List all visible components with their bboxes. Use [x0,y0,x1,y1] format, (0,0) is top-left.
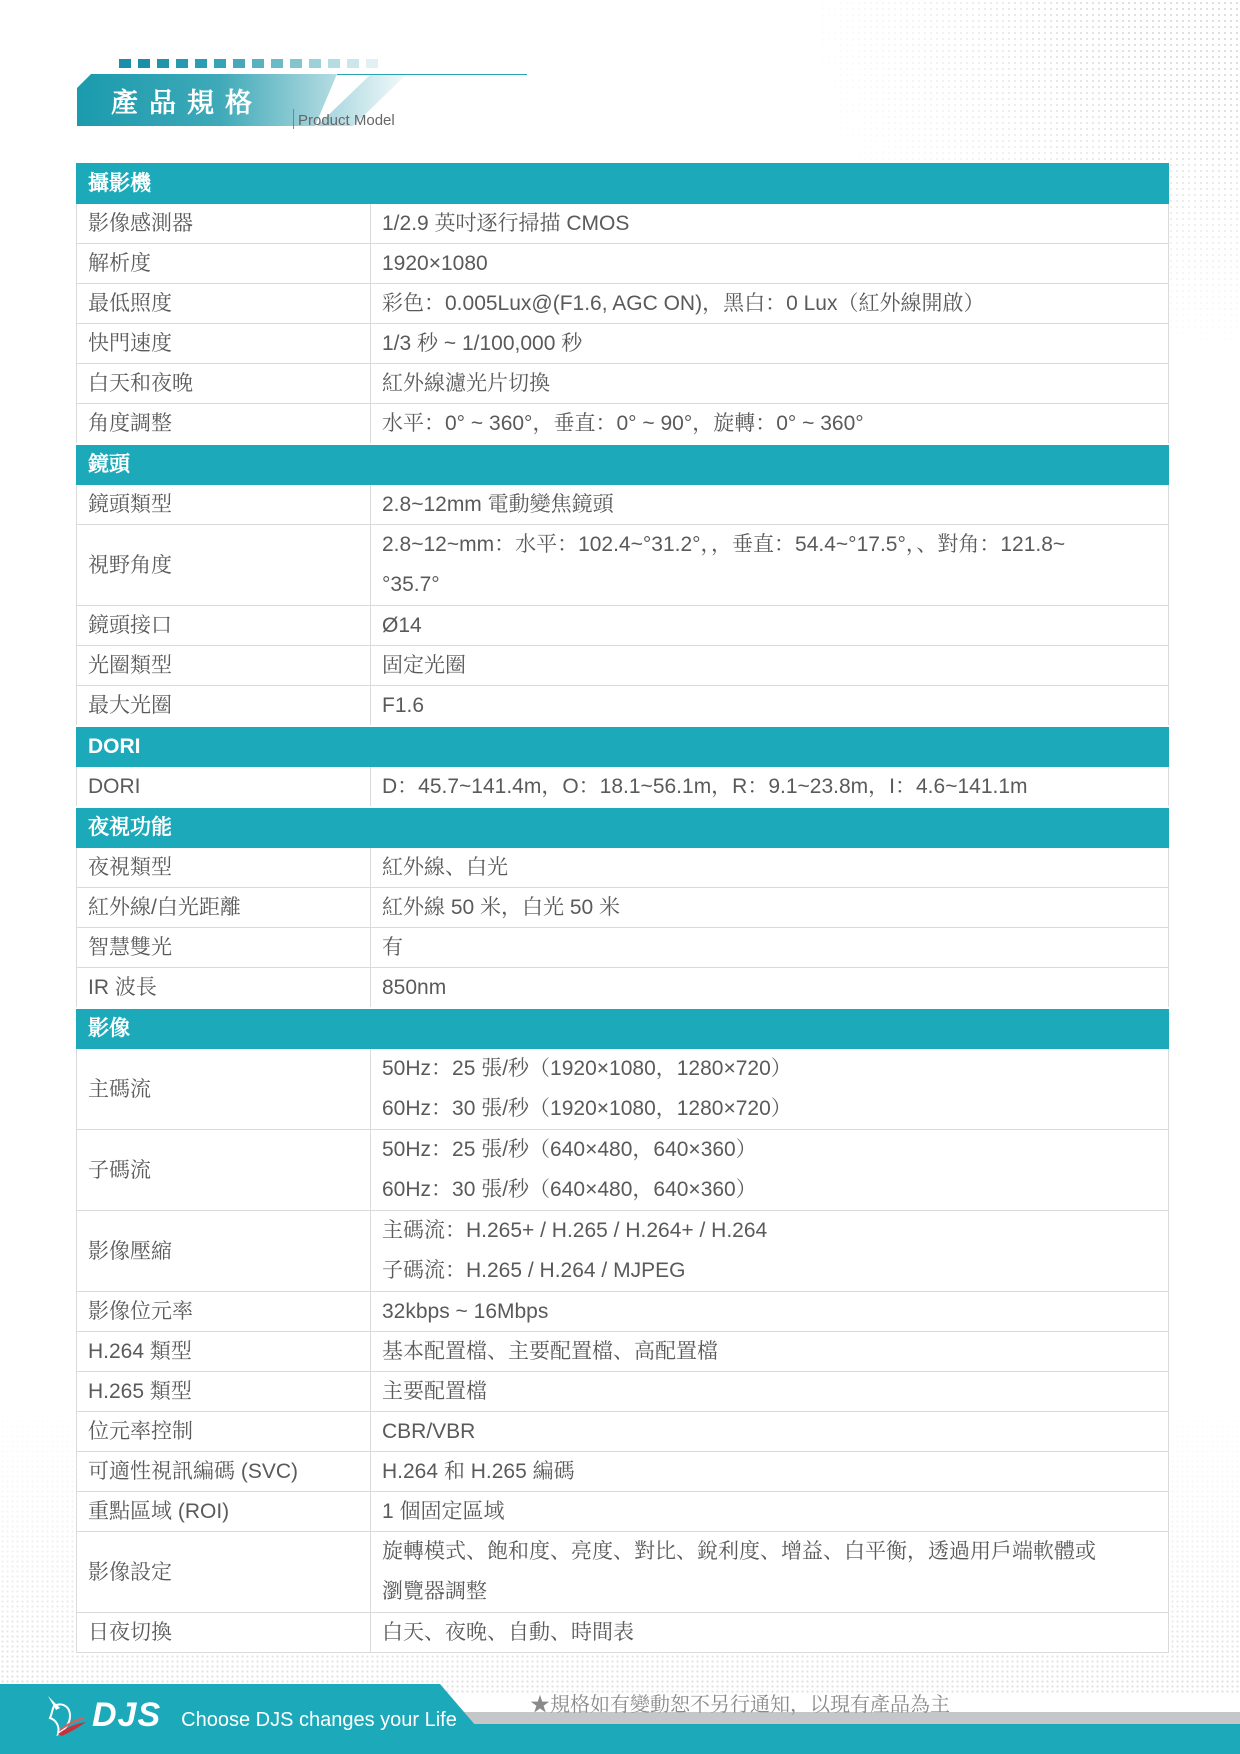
spec-table: 攝影機影像感測器1/2.9 英吋逐行掃描 CMOS解析度1920×1080最低照… [76,163,1169,1653]
spec-label: 影像感測器 [77,204,371,244]
decorative-square [366,59,378,68]
spec-row: 主碼流50Hz：25 張/秒（1920×1080，1280×720）60Hz：3… [77,1049,1169,1130]
spec-value: 固定光圈 [371,646,1169,686]
spec-label: 白天和夜晚 [77,364,371,404]
spec-row: H.265 類型主要配置檔 [77,1372,1169,1412]
spec-value-line: 50Hz：25 張/秒（1920×1080，1280×720） [382,1049,1157,1089]
decorative-square [328,59,340,68]
spec-value: 紅外線 50 米，白光 50 米 [371,888,1169,928]
spec-value-line: 子碼流：H.265 / H.264 / MJPEG [382,1251,1157,1291]
spec-label: 最大光圈 [77,686,371,727]
spec-value-line: °35.7° [382,565,1157,605]
spec-row: 影像設定旋轉模式、飽和度、亮度、對比、銳利度、增益、白平衡，透過用戶端軟體或瀏覽… [77,1532,1169,1613]
spec-value: 主要配置檔 [371,1372,1169,1412]
spec-value: F1.6 [371,686,1169,727]
spec-row: 鏡頭接口Ø14 [77,606,1169,646]
spec-value: 1 個固定區域 [371,1492,1169,1532]
spec-value: 水平：0° ~ 360°，垂直：0° ~ 90°，旋轉：0° ~ 360° [371,404,1169,445]
spec-value: 1/2.9 英吋逐行掃描 CMOS [371,204,1169,244]
section-title: DORI [77,726,1169,767]
spec-label: 影像設定 [77,1532,371,1613]
spec-row: 重點區域 (ROI)1 個固定區域 [77,1492,1169,1532]
unicorn-logo-icon [40,1690,90,1740]
spec-value: 紅外線、白光 [371,848,1169,888]
spec-row: 紅外線/白光距離紅外線 50 米，白光 50 米 [77,888,1169,928]
spec-value: 850nm [371,968,1169,1009]
decorative-square [214,59,226,68]
spec-value: 32kbps ~ 16Mbps [371,1292,1169,1332]
decorative-square [195,59,207,68]
page-header: 產品規格 Product Model [77,55,457,135]
spec-value: 50Hz：25 張/秒（1920×1080，1280×720）60Hz：30 張… [371,1049,1169,1130]
spec-label: 夜視類型 [77,848,371,888]
spec-value: 主碼流：H.265+ / H.265 / H.264+ / H.264子碼流：H… [371,1211,1169,1292]
spec-value-line: 瀏覽器調整 [382,1572,1157,1612]
spec-label: 光圈類型 [77,646,371,686]
decorative-squares [119,59,378,68]
section-header-row: 攝影機 [77,164,1169,204]
page-subtitle: Product Model [293,109,395,129]
decorative-square [119,59,131,68]
spec-row: 位元率控制CBR/VBR [77,1412,1169,1452]
spec-label: 鏡頭類型 [77,485,371,525]
spec-label: 位元率控制 [77,1412,371,1452]
section-title: 夜視功能 [77,807,1169,848]
decorative-square [176,59,188,68]
decorative-square [138,59,150,68]
spec-value: D：45.7~141.4m，O：18.1~56.1m，R：9.1~23.8m，I… [371,767,1169,808]
decorative-square [290,59,302,68]
spec-label: 主碼流 [77,1049,371,1130]
spec-row: H.264 類型基本配置檔、主要配置檔、高配置檔 [77,1332,1169,1372]
spec-value-line: 2.8~12~mm：水平：102.4~°31.2°，，垂直：54.4~°17.5… [382,525,1157,565]
spec-value-line: 60Hz：30 張/秒（640×480，640×360） [382,1170,1157,1210]
spec-row: 影像壓縮主碼流：H.265+ / H.265 / H.264+ / H.264子… [77,1211,1169,1292]
spec-value: 白天、夜晚、自動、時間表 [371,1613,1169,1653]
spec-row: 白天和夜晚紅外線濾光片切換 [77,364,1169,404]
spec-value: 旋轉模式、飽和度、亮度、對比、銳利度、增益、白平衡，透過用戶端軟體或瀏覽器調整 [371,1532,1169,1613]
spec-label: 快門速度 [77,324,371,364]
spec-row: 子碼流50Hz：25 張/秒（640×480，640×360）60Hz：30 張… [77,1130,1169,1211]
spec-value-line: 50Hz：25 張/秒（640×480，640×360） [382,1130,1157,1170]
spec-label: 子碼流 [77,1130,371,1211]
spec-label: 日夜切換 [77,1613,371,1653]
section-header-row: 鏡頭 [77,444,1169,485]
spec-value: 50Hz：25 張/秒（640×480，640×360）60Hz：30 張/秒（… [371,1130,1169,1211]
decorative-square [157,59,169,68]
decorative-square [309,59,321,68]
spec-value-line: 旋轉模式、飽和度、亮度、對比、銳利度、增益、白平衡，透過用戶端軟體或 [382,1532,1157,1572]
spec-row: 最低照度彩色：0.005Lux@(F1.6, AGC ON)，黑白：0 Lux（… [77,284,1169,324]
section-header-row: 影像 [77,1008,1169,1049]
spec-value: 1920×1080 [371,244,1169,284]
spec-label: H.264 類型 [77,1332,371,1372]
spec-label: 最低照度 [77,284,371,324]
spec-value: Ø14 [371,606,1169,646]
spec-row: 智慧雙光有 [77,928,1169,968]
page-title: 產品規格 [111,81,263,120]
spec-label: 鏡頭接口 [77,606,371,646]
spec-label: 重點區域 (ROI) [77,1492,371,1532]
spec-value-line: 主碼流：H.265+ / H.265 / H.264+ / H.264 [382,1211,1157,1251]
spec-row: 可適性視訊編碼 (SVC)H.264 和 H.265 編碼 [77,1452,1169,1492]
brand-name: DJS [92,1696,161,1735]
decorative-square [271,59,283,68]
brand-slogan: Choose DJS changes your Life [181,1709,457,1732]
brand-logo: DJS Choose DJS changes your Life [40,1690,457,1740]
decorative-square [233,59,245,68]
spec-value: 1/3 秒 ~ 1/100,000 秒 [371,324,1169,364]
spec-row: DORID：45.7~141.4m，O：18.1~56.1m，R：9.1~23.… [77,767,1169,808]
spec-label: 視野角度 [77,525,371,606]
spec-row: 鏡頭類型2.8~12mm 電動變焦鏡頭 [77,485,1169,525]
spec-value: CBR/VBR [371,1412,1169,1452]
spec-value: 2.8~12mm 電動變焦鏡頭 [371,485,1169,525]
spec-value: 彩色：0.005Lux@(F1.6, AGC ON)，黑白：0 Lux（紅外線開… [371,284,1169,324]
spec-row: 影像感測器1/2.9 英吋逐行掃描 CMOS [77,204,1169,244]
spec-value: 基本配置檔、主要配置檔、高配置檔 [371,1332,1169,1372]
spec-row: 影像位元率32kbps ~ 16Mbps [77,1292,1169,1332]
spec-label: H.265 類型 [77,1372,371,1412]
spec-label: 紅外線/白光距離 [77,888,371,928]
spec-row: 日夜切換白天、夜晚、自動、時間表 [77,1613,1169,1653]
spec-value: 紅外線濾光片切換 [371,364,1169,404]
decorative-square [347,59,359,68]
spec-label: DORI [77,767,371,808]
section-title: 攝影機 [77,164,1169,204]
spec-label: 可適性視訊編碼 (SVC) [77,1452,371,1492]
spec-row: 角度調整水平：0° ~ 360°，垂直：0° ~ 90°，旋轉：0° ~ 360… [77,404,1169,445]
section-title: 影像 [77,1008,1169,1049]
section-header-row: DORI [77,726,1169,767]
spec-label: IR 波長 [77,968,371,1009]
decorative-square [252,59,264,68]
spec-value-line: 60Hz：30 張/秒（1920×1080，1280×720） [382,1089,1157,1129]
spec-row: IR 波長850nm [77,968,1169,1009]
spec-label: 智慧雙光 [77,928,371,968]
spec-value: H.264 和 H.265 編碼 [371,1452,1169,1492]
spec-label: 角度調整 [77,404,371,445]
section-header-row: 夜視功能 [77,807,1169,848]
spec-row: 解析度1920×1080 [77,244,1169,284]
section-title: 鏡頭 [77,444,1169,485]
spec-row: 視野角度2.8~12~mm：水平：102.4~°31.2°，，垂直：54.4~°… [77,525,1169,606]
spec-row: 最大光圈F1.6 [77,686,1169,727]
spec-label: 解析度 [77,244,371,284]
spec-label: 影像位元率 [77,1292,371,1332]
spec-row: 夜視類型紅外線、白光 [77,848,1169,888]
spec-value: 有 [371,928,1169,968]
spec-row: 快門速度1/3 秒 ~ 1/100,000 秒 [77,324,1169,364]
title-rule [337,74,527,75]
spec-label: 影像壓縮 [77,1211,371,1292]
spec-value: 2.8~12~mm：水平：102.4~°31.2°，，垂直：54.4~°17.5… [371,525,1169,606]
spec-row: 光圈類型固定光圈 [77,646,1169,686]
disclaimer-note: ★規格如有變動恕不另行通知，以現有產品為主 [530,1688,950,1717]
